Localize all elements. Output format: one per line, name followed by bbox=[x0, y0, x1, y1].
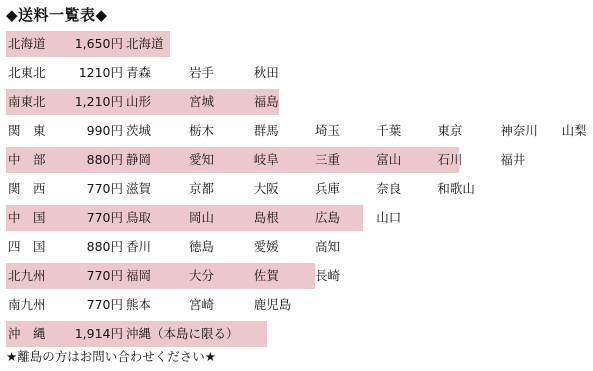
prefecture: 埼玉 bbox=[315, 118, 340, 144]
shipping-price: 1,210円 bbox=[51, 89, 123, 115]
region-name: 北東北 bbox=[8, 60, 46, 86]
prefecture: 島根 bbox=[254, 205, 279, 231]
prefecture: 栃木 bbox=[189, 118, 214, 144]
prefecture: 岩手 bbox=[189, 60, 214, 86]
prefecture: 長崎 bbox=[315, 263, 340, 289]
region-name: 関 東 bbox=[8, 118, 46, 144]
table-row: 中 部880円静岡愛知岐阜三重富山石川福井 bbox=[6, 147, 459, 173]
prefecture: 富山 bbox=[376, 147, 401, 173]
table-row: 北海道1,650円北海道 bbox=[6, 31, 170, 57]
region-name: 南東北 bbox=[8, 89, 46, 115]
prefecture: 福岡 bbox=[126, 263, 151, 289]
shipping-price: 990円 bbox=[51, 118, 123, 144]
shipping-price: 1,650円 bbox=[51, 31, 123, 57]
prefecture: 宮城 bbox=[189, 89, 214, 115]
prefecture: 京都 bbox=[189, 176, 214, 202]
prefecture: 愛媛 bbox=[254, 234, 279, 260]
prefecture: 青森 bbox=[126, 60, 151, 86]
prefecture: 群馬 bbox=[254, 118, 279, 144]
prefecture: 北海道 bbox=[126, 31, 164, 57]
prefecture: 岡山 bbox=[189, 205, 214, 231]
prefecture: 宮崎 bbox=[189, 292, 214, 318]
prefecture: 福井 bbox=[500, 147, 525, 173]
prefecture: 岐阜 bbox=[254, 147, 279, 173]
prefecture: 熊本 bbox=[126, 292, 151, 318]
region-name: 南九州 bbox=[8, 292, 46, 318]
prefecture: 東京 bbox=[437, 118, 462, 144]
prefecture: 兵庫 bbox=[315, 176, 340, 202]
prefecture: 鹿児島 bbox=[254, 292, 292, 318]
prefecture: 佐賀 bbox=[254, 263, 279, 289]
prefecture: 神奈川 bbox=[500, 118, 538, 144]
region-name: 中 部 bbox=[8, 147, 46, 173]
prefecture: 大分 bbox=[189, 263, 214, 289]
shipping-price: 770円 bbox=[51, 263, 123, 289]
prefecture: 香川 bbox=[126, 234, 151, 260]
prefecture: 沖縄（本島に限る） bbox=[126, 321, 239, 347]
prefecture: 愛知 bbox=[189, 147, 214, 173]
region-name: 関 西 bbox=[8, 176, 46, 202]
prefecture: 石川 bbox=[437, 147, 462, 173]
prefecture: 山口 bbox=[376, 205, 401, 231]
prefecture: 高知 bbox=[315, 234, 340, 260]
region-name: 沖 縄 bbox=[8, 321, 46, 347]
table-row: 北九州770円福岡大分佐賀長崎 bbox=[6, 263, 315, 289]
prefecture: 鳥取 bbox=[126, 205, 151, 231]
prefecture: 滋賀 bbox=[126, 176, 151, 202]
prefecture: 秋田 bbox=[254, 60, 279, 86]
prefecture: 奈良 bbox=[376, 176, 401, 202]
region-name: 北九州 bbox=[8, 263, 46, 289]
shipping-price: 770円 bbox=[51, 205, 123, 231]
table-row: 沖 縄1,914円沖縄（本島に限る） bbox=[6, 321, 267, 347]
shipping-price: 770円 bbox=[51, 176, 123, 202]
prefecture: 和歌山 bbox=[437, 176, 475, 202]
prefecture: 山形 bbox=[126, 89, 151, 115]
shipping-price: 1,914円 bbox=[51, 321, 123, 347]
region-name: 中 国 bbox=[8, 205, 46, 231]
prefecture: 三重 bbox=[315, 147, 340, 173]
shipping-price: 880円 bbox=[51, 147, 123, 173]
prefecture: 徳島 bbox=[189, 234, 214, 260]
table-row: 南東北1,210円山形宮城福島 bbox=[6, 89, 279, 115]
prefecture: 静岡 bbox=[126, 147, 151, 173]
prefecture: 茨城 bbox=[126, 118, 151, 144]
prefecture: 広島 bbox=[315, 205, 340, 231]
prefecture: 大阪 bbox=[254, 176, 279, 202]
shipping-price: 770円 bbox=[51, 292, 123, 318]
shipping-price: 880円 bbox=[51, 234, 123, 260]
prefecture: 福島 bbox=[254, 89, 279, 115]
prefecture: 千葉 bbox=[376, 118, 401, 144]
shipping-price: 1210円 bbox=[51, 60, 123, 86]
table-row: 中 国770円鳥取岡山島根広島山口 bbox=[6, 205, 363, 231]
page-title: ◆送料一覧表◆ bbox=[6, 4, 108, 25]
remote-island-note: ★離島の方はお問い合わせください★ bbox=[6, 347, 216, 365]
region-name: 北海道 bbox=[8, 31, 46, 57]
region-name: 四 国 bbox=[8, 234, 46, 260]
prefecture: 山梨 bbox=[562, 118, 587, 144]
